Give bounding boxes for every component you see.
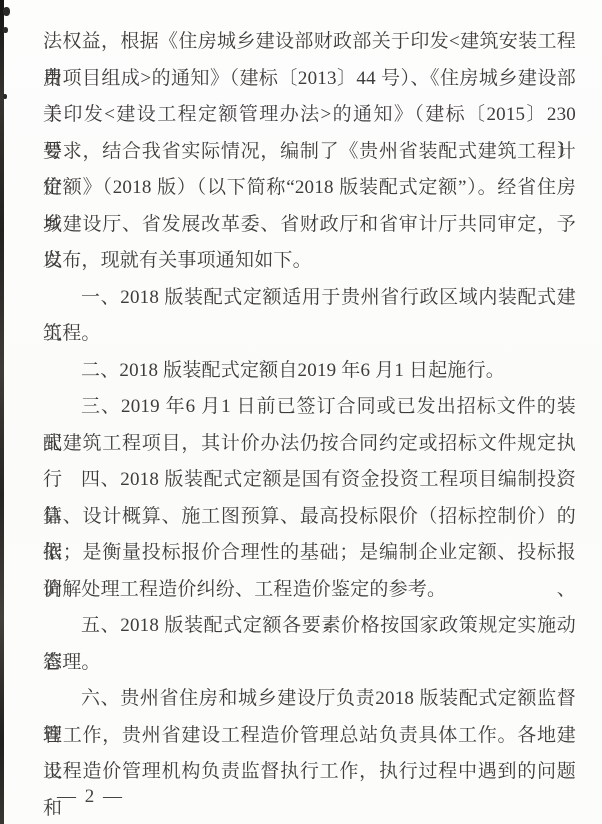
document-line: 式建筑工程项目，其计价办法仍按合同约定或招标文件规定执行。	[43, 426, 576, 463]
scan-speck	[3, 27, 8, 33]
document-line: 于印发<建设工程定额管理办法>的通知》（建标〔2015〕230 号）	[43, 97, 576, 134]
document-line: 工程。	[43, 316, 576, 353]
document-line: 法权益，根据《住房城乡建设部财政部关于印发<建筑安装工程费	[43, 24, 576, 61]
page-number: — 2 —	[57, 786, 124, 808]
document-line: 五、2018 版装配式定额各要素价格按国家政策规定实施动态	[43, 608, 576, 645]
document-line: 六、贵州省住房和城乡建设厅负责2018 版装配式定额监督管	[43, 681, 576, 718]
scanned-document-page: 法权益，根据《住房城乡建设部财政部关于印发<建筑安装工程费 用项目组成>的通知》…	[0, 0, 602, 824]
document-line: 定额》（2018 版）（以下简称“2018 版装配式定额”）。经省住房城	[43, 170, 576, 207]
document-line: 四、2018 版装配式定额是国有资金投资工程项目编制投资估	[43, 462, 576, 499]
scan-speck	[3, 94, 7, 99]
document-body: 法权益，根据《住房城乡建设部财政部关于印发<建筑安装工程费 用项目组成>的通知》…	[43, 24, 576, 791]
document-line: 据；是衡量投标报价合理性的基础；是编制企业定额、投标报价、	[43, 535, 576, 572]
document-line: 算、设计概算、施工图预算、最高投标限价（招标控制价）的依	[43, 499, 576, 536]
scan-edge-artifact	[0, 0, 4, 824]
document-line: 乡建设厅、省发展改革委、省财政厅和省审计厅共同审定，予以	[43, 207, 576, 244]
document-line: 管理。	[43, 645, 576, 682]
document-line: 发布，现就有关事项通知如下。	[43, 243, 576, 280]
document-line: 理工作，贵州省建设工程造价管理总站负责具体工作。各地建设	[43, 718, 576, 755]
document-line: 二、2018 版装配式定额自2019 年6 月1 日起施行。	[43, 353, 576, 390]
scan-speck	[3, 7, 10, 16]
document-line: 三、2019 年6 月1 日前已签订合同或已发出招标文件的装配	[43, 389, 576, 426]
document-line: 用项目组成>的通知》（建标〔2013〕44 号）、《住房城乡建设部关	[43, 61, 576, 98]
document-line: 要求，结合我省实际情况，编制了《贵州省装配式建筑工程计价	[43, 134, 576, 171]
document-line: 一、2018 版装配式定额适用于贵州省行政区域内装配式建筑	[43, 280, 576, 317]
